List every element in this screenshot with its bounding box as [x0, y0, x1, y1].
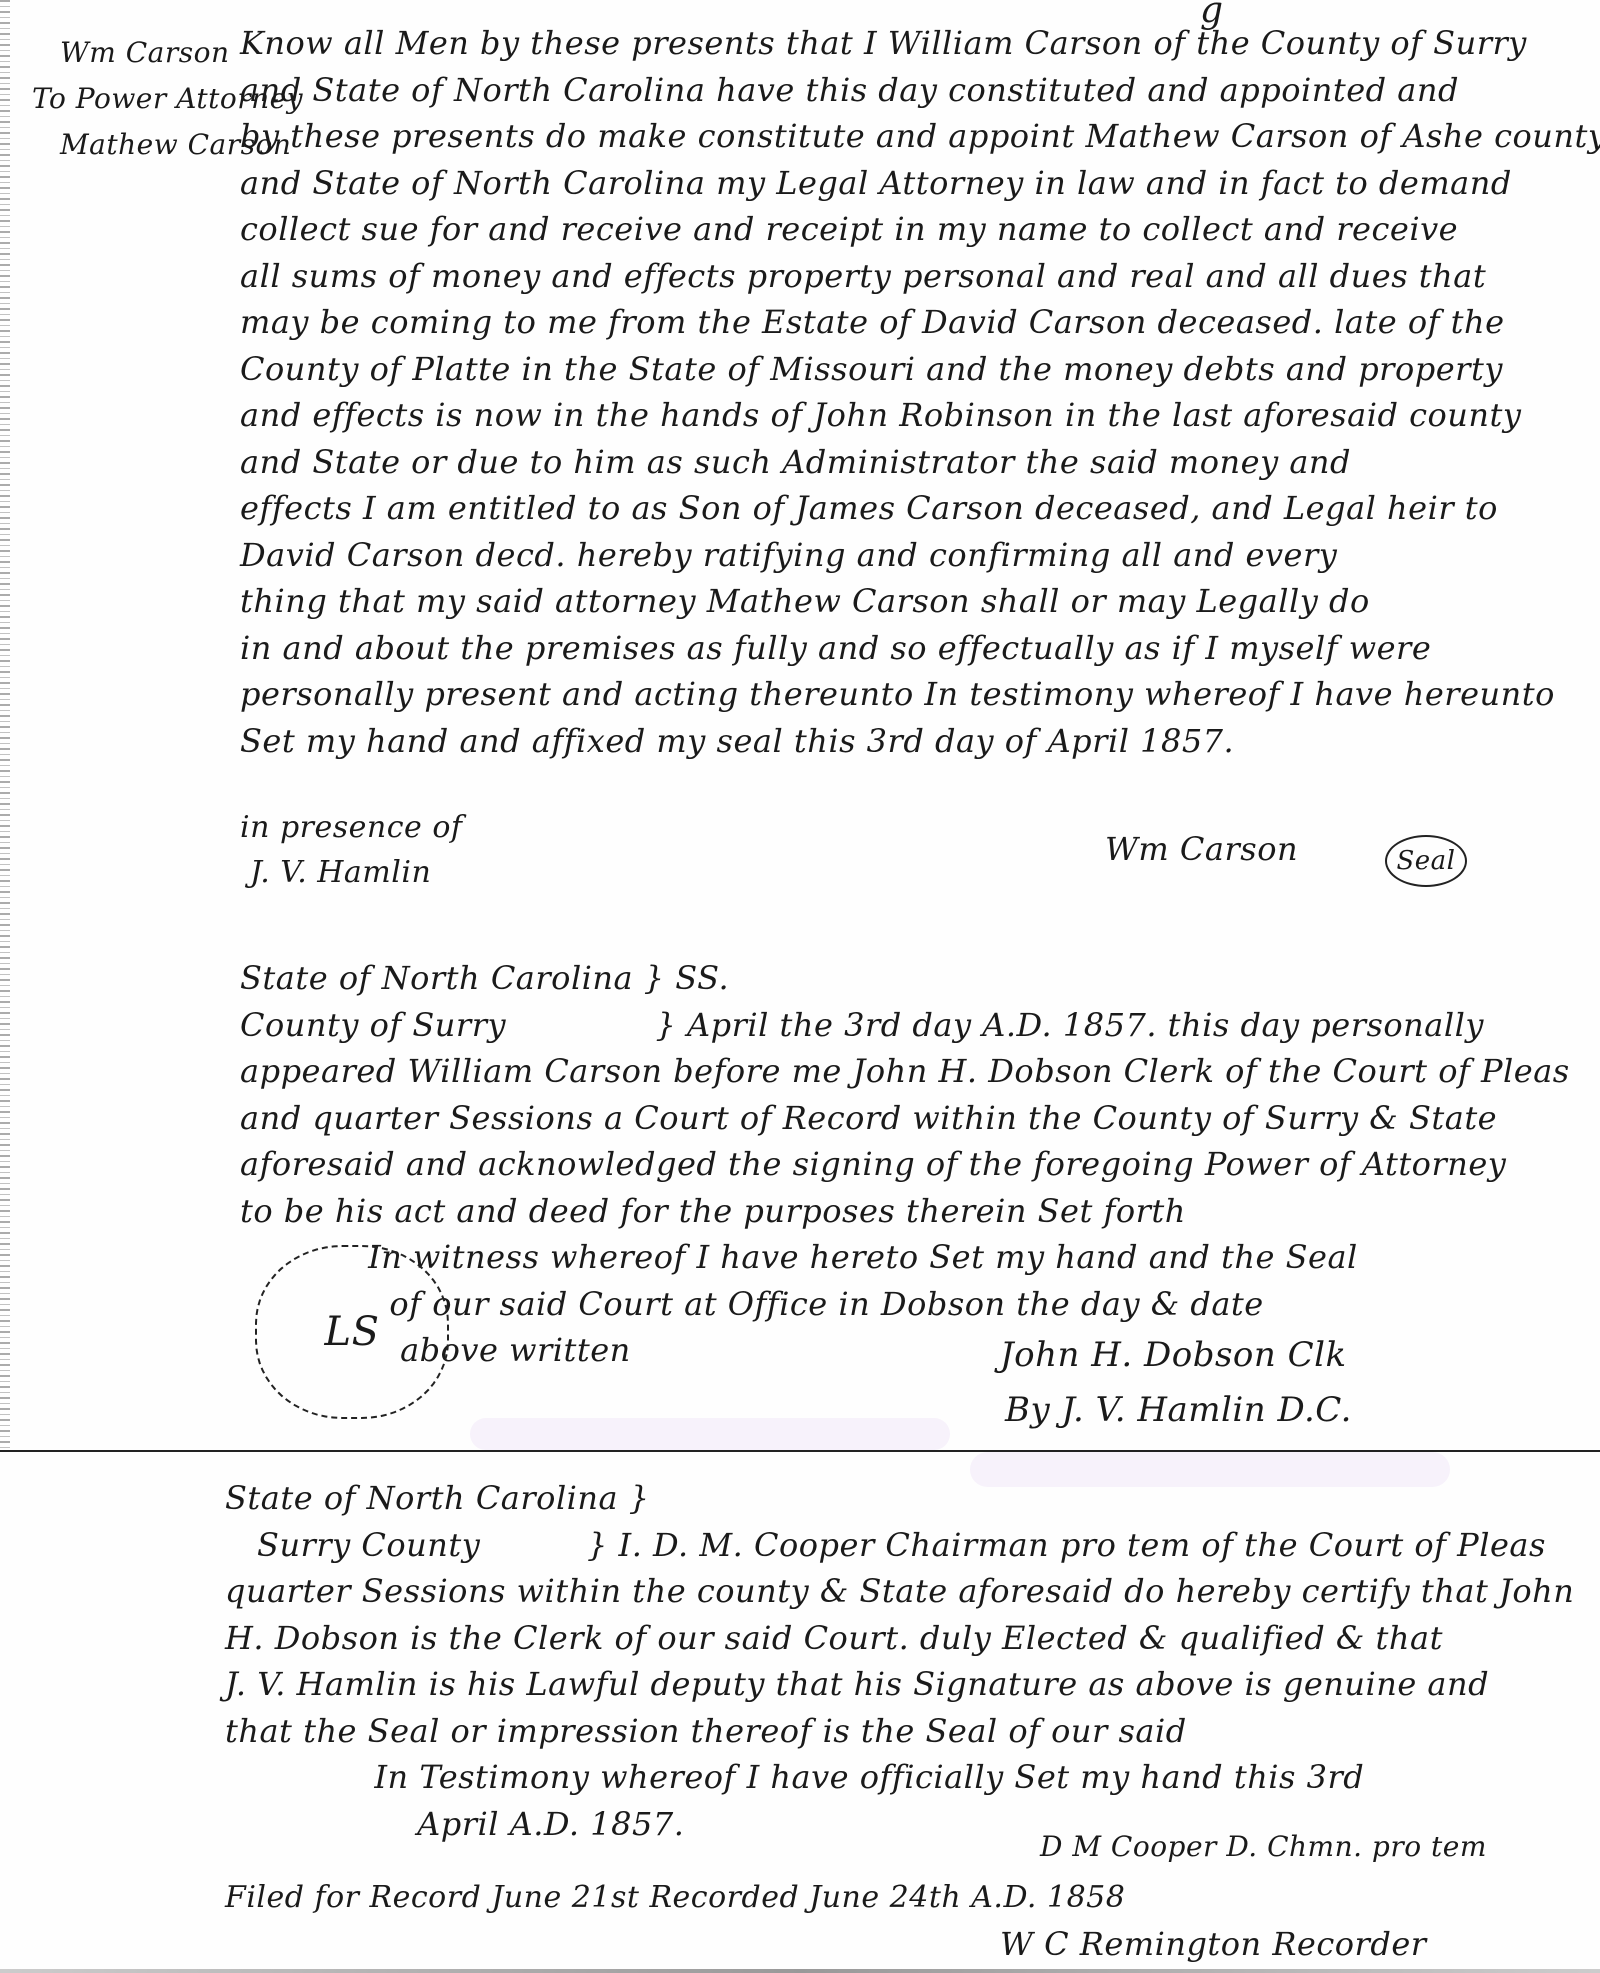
text-line: collect sue for and receive and receipt … [240, 206, 1600, 253]
witness-name: J. V. Hamlin [250, 855, 431, 890]
text-line: County of Platte in the State of Missour… [240, 346, 1600, 393]
seal-mark: Seal [1385, 835, 1467, 887]
court-seal: LS [255, 1245, 449, 1419]
text-line: may be coming to me from the Estate of D… [240, 299, 1600, 346]
text-line: In witness whereof I have hereto Set my … [240, 1234, 1570, 1281]
paper-stain [470, 1418, 950, 1450]
text-line: Set my hand and affixed my seal this 3rd… [240, 718, 1600, 765]
text-line: and State of North Carolina my Legal Att… [240, 160, 1600, 207]
clerk-signature: John H. Dobson Clk [1000, 1335, 1347, 1375]
filing-note: Filed for Record June 21st Recorded June… [225, 1880, 1125, 1915]
text-line: H. Dobson is the Clerk of our said Court… [225, 1615, 1574, 1662]
text-line: Surry County } I. D. M. Cooper Chairman … [225, 1522, 1574, 1569]
text-line: in and about the premises as fully and s… [240, 625, 1600, 672]
grantor-signature: Wm Carson [1105, 830, 1298, 868]
text-line: by these presents do make constitute and… [240, 113, 1600, 160]
deed-body: Know all Men by these presents that I Wi… [240, 20, 1600, 764]
text-line: Know all Men by these presents that I Wi… [240, 20, 1600, 67]
text-line: aforesaid and acknowledged the signing o… [240, 1141, 1570, 1188]
text-line: County of Surry } April the 3rd day A.D.… [240, 1002, 1570, 1049]
text-line: thing that my said attorney Mathew Carso… [240, 578, 1600, 625]
text-line: State of North Carolina } SS. [240, 955, 1570, 1002]
text-line: and State or due to him as such Administ… [240, 439, 1600, 486]
text-line: J. V. Hamlin is his Lawful deputy that h… [225, 1661, 1574, 1708]
text-line: all sums of money and effects property p… [240, 253, 1600, 300]
page-bottom-edge [0, 1969, 1600, 1973]
witness-label: in presence of [240, 810, 462, 845]
chairman-signature: D M Cooper D. Chmn. pro tem [1040, 1830, 1487, 1863]
binding-edge [0, 0, 10, 1450]
text-line: to be his act and deed for the purposes … [240, 1188, 1570, 1235]
text-line: and State of North Carolina have this da… [240, 67, 1600, 114]
recorder-signature: W C Remington Recorder [1000, 1925, 1427, 1963]
text-line: In Testimony whereof I have officially S… [225, 1754, 1574, 1801]
text-line: appeared William Carson before me John H… [240, 1048, 1570, 1095]
text-line: and quarter Sessions a Court of Record w… [240, 1095, 1570, 1142]
deputy-signature: By J. V. Hamlin D.C. [1005, 1390, 1352, 1430]
certificate-body: State of North Carolina } Surry County }… [225, 1475, 1574, 1847]
text-line: effects I am entitled to as Son of James… [240, 485, 1600, 532]
text-line: and effects is now in the hands of John … [240, 392, 1600, 439]
text-line: that the Seal or impression thereof is t… [225, 1708, 1574, 1755]
text-line: David Carson decd. hereby ratifying and … [240, 532, 1600, 579]
text-line: quarter Sessions within the county & Sta… [225, 1568, 1574, 1615]
text-line: personally present and acting thereunto … [240, 671, 1600, 718]
document-page: Wm Carson To Power Attorney Mathew Carso… [0, 0, 1600, 1973]
text-line: State of North Carolina } [225, 1475, 1574, 1522]
